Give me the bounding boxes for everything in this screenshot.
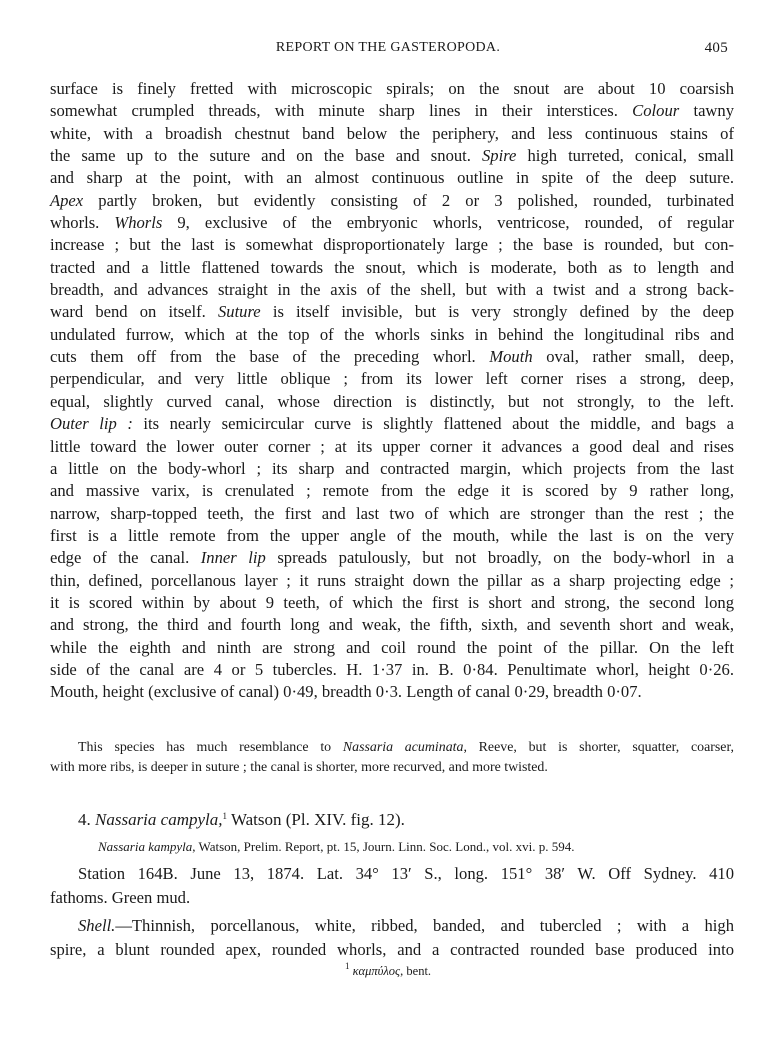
text-line: surface is finely fretted with microscop…: [50, 78, 734, 100]
italic-term: Outer lip :: [50, 414, 133, 433]
text-line: ward bend on itself. Suture is itself in…: [50, 301, 734, 323]
text-line: first is a little remote from the upper …: [50, 525, 734, 547]
text-line: a little on the body-whorl ; its sharp a…: [50, 458, 734, 480]
text-line: thin, defined, porcellanous layer ; it r…: [50, 570, 734, 592]
text-run: , Reeve, but is shorter, squatter, coars…: [463, 740, 734, 755]
text-run: the same up to the suture and on the bas…: [50, 146, 482, 165]
text-line: edge of the canal. Inner lip spreads pat…: [50, 547, 734, 569]
italic-term: Nassaria acuminata: [343, 740, 464, 755]
text-run: white, with a broadish chestnut band bel…: [50, 124, 734, 143]
species-heading: 4. Nassaria campyla,1 Watson (Pl. XIV. f…: [78, 808, 405, 832]
text-run: first is a little remote from the upper …: [50, 526, 734, 545]
shell-line-1: Shell.—Thinnish, porcellanous, white, ri…: [50, 914, 734, 938]
shell-line-1-text: —Thinnish, porcellanous, white, ribbed, …: [115, 916, 734, 935]
text-run: undulated furrow, which at the top of th…: [50, 325, 734, 344]
text-run: thin, defined, porcellanous layer ; it r…: [50, 571, 734, 590]
text-run: perpendicular, and very little oblique ;…: [50, 369, 734, 388]
shell-paragraph: Shell.—Thinnish, porcellanous, white, ri…: [50, 914, 734, 962]
text-run: surface is finely fretted with microscop…: [50, 79, 734, 98]
text-run: tracted and a little flattened towards t…: [50, 258, 734, 277]
text-run: 9, exclusive of the embryonic whorls, ve…: [162, 213, 734, 232]
text-line: increase ; but the last is somewhat disp…: [50, 234, 734, 256]
synonym-name: Nassaria kampyla: [98, 839, 192, 854]
running-head: REPORT ON THE GASTEROPODA. 405: [50, 40, 726, 62]
text-run: a little on the body-whorl ; its sharp a…: [50, 459, 734, 478]
text-run: increase ; but the last is somewhat disp…: [50, 235, 734, 254]
text-run: breadth, and advances straight in the ax…: [50, 280, 734, 299]
text-run: edge of the canal.: [50, 548, 201, 567]
text-line: Outer lip : its nearly semicircular curv…: [50, 413, 734, 435]
text-line: the same up to the suture and on the bas…: [50, 145, 734, 167]
text-run: somewhat crumpled threads, with minute s…: [50, 101, 632, 120]
text-run: high turreted, conical, small: [516, 146, 734, 165]
shell-description: surface is finely fretted with microscop…: [50, 78, 734, 704]
station-record: Station 164B. June 13, 1874. Lat. 34° 13…: [50, 862, 734, 910]
text-run: and massive varix, is crenulated ; remot…: [50, 481, 734, 500]
italic-term: Inner lip: [201, 548, 266, 567]
text-line: This species has much resemblance to Nas…: [50, 738, 734, 758]
text-line: whorls. Whorls 9, exclusive of the embry…: [50, 212, 734, 234]
text-run: little toward the lower outer corner ; a…: [50, 437, 734, 456]
text-line: it is scored within by about 9 teeth, of…: [50, 592, 734, 614]
text-line: while the eighth and ninth are strong an…: [50, 637, 734, 659]
text-run: while the eighth and ninth are strong an…: [50, 638, 734, 657]
text-line: Apex partly broken, but evidently consis…: [50, 190, 734, 212]
station-line-1: Station 164B. June 13, 1874. Lat. 34° 13…: [50, 862, 734, 886]
text-run: equal, slightly curved canal, whose dire…: [50, 392, 734, 411]
text-run: is itself invisible, but is very strongl…: [261, 302, 734, 321]
text-line: somewhat crumpled threads, with minute s…: [50, 100, 734, 122]
text-line: tracted and a little flattened towards t…: [50, 257, 734, 279]
text-line: equal, slightly curved canal, whose dire…: [50, 391, 734, 413]
italic-term: Mouth: [489, 347, 532, 366]
italic-term: Colour: [632, 101, 679, 120]
text-run: with more ribs, is deeper in suture ; th…: [50, 760, 548, 775]
text-run: cuts them off from the base of the prece…: [50, 347, 489, 366]
shell-line-2: spire, a blunt rounded apex, rounded who…: [50, 938, 734, 962]
text-line: breadth, and advances straight in the ax…: [50, 279, 734, 301]
text-line: Mouth, height (exclusive of canal) 0·49,…: [50, 681, 734, 703]
text-line: and massive varix, is crenulated ; remot…: [50, 480, 734, 502]
species-author-plate: Watson (Pl. XIV. fig. 12).: [227, 810, 405, 829]
text-run: tawny: [679, 101, 734, 120]
footnote-greek: καμπύλος: [353, 964, 401, 978]
text-run: narrow, sharp-topped teeth, the first an…: [50, 504, 734, 523]
remark-paragraph: This species has much resemblance to Nas…: [50, 738, 734, 778]
italic-term: Whorls: [114, 213, 162, 232]
text-run: Mouth, height (exclusive of canal) 0·49,…: [50, 682, 642, 701]
text-run: oval, rather small, deep,: [533, 347, 734, 366]
italic-term: Suture: [218, 302, 261, 321]
italic-term: Apex: [50, 191, 83, 210]
footnote-gloss: , bent.: [400, 964, 431, 978]
text-line: little toward the lower outer corner ; a…: [50, 436, 734, 458]
description-paragraph: surface is finely fretted with microscop…: [50, 78, 734, 704]
italic-term: Spire: [482, 146, 516, 165]
text-run: and strong, the third and fourth long an…: [50, 615, 734, 634]
running-title: REPORT ON THE GASTEROPODA.: [50, 40, 726, 56]
species-name: Nassaria campyla,: [95, 810, 223, 829]
text-line: with more ribs, is deeper in suture ; th…: [50, 758, 734, 778]
text-run: it is scored within by about 9 teeth, of…: [50, 593, 734, 612]
text-line: narrow, sharp-topped teeth, the first an…: [50, 503, 734, 525]
footnote: 1 καμπύλος, bent.: [0, 964, 776, 979]
text-run: whorls.: [50, 213, 114, 232]
text-line: and sharp at the point, with an almost c…: [50, 167, 734, 189]
text-run: side of the canal are 4 or 5 tubercles. …: [50, 660, 734, 679]
shell-label: Shell.: [78, 916, 115, 935]
text-line: and strong, the third and fourth long an…: [50, 614, 734, 636]
species-number: 4.: [78, 810, 91, 829]
text-line: undulated furrow, which at the top of th…: [50, 324, 734, 346]
text-line: perpendicular, and very little oblique ;…: [50, 368, 734, 390]
page-number: 405: [705, 40, 728, 57]
text-run: and sharp at the point, with an almost c…: [50, 168, 734, 187]
text-line: side of the canal are 4 or 5 tubercles. …: [50, 659, 734, 681]
synonym-reference: , Watson, Prelim. Report, pt. 15, Journ.…: [192, 839, 574, 854]
footnote-marker: 1: [345, 961, 350, 971]
station-line-2: fathoms. Green mud.: [50, 886, 734, 910]
text-run: its nearly semicircular curve is slightl…: [133, 414, 734, 433]
synonym-citation: Nassaria kampyla, Watson, Prelim. Report…: [98, 838, 574, 856]
text-line: white, with a broadish chestnut band bel…: [50, 123, 734, 145]
text-run: partly broken, but evidently consisting …: [83, 191, 734, 210]
text-run: ward bend on itself.: [50, 302, 218, 321]
text-line: cuts them off from the base of the prece…: [50, 346, 734, 368]
text-run: spreads patulously, but not broadly, on …: [266, 548, 734, 567]
text-run: This species has much resemblance to: [78, 740, 343, 755]
